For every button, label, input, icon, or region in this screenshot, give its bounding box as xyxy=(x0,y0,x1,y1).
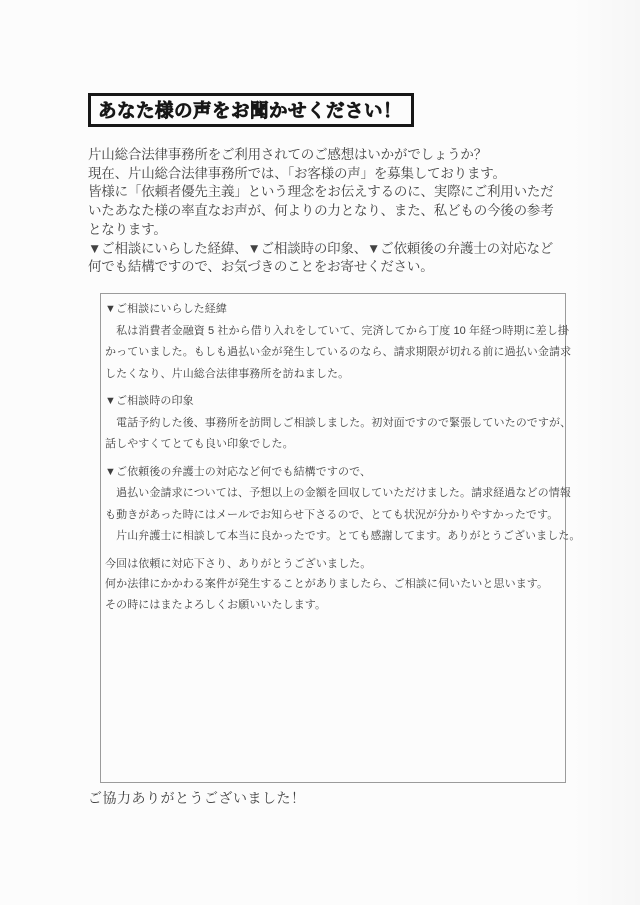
text-line: 話しやすくてとても良い印象でした。 xyxy=(105,434,561,456)
text-line: 私は消費者金融資 5 社から借り入れをしていて、完済してから丁度 10 年経つ時… xyxy=(105,321,561,343)
section-thanks: 今回は依頼に対応下さり、ありがとうございました。何か法律にかかわる案件が発生する… xyxy=(105,554,561,616)
text-line: ▼ご相談にいらした経緯、▼ご相談時の印象、▼ご依頼後の弁護士の対応など xyxy=(88,240,588,259)
feedback-box: ▼ご相談にいらした経緯 私は消費者金融資 5 社から借り入れをしていて、完済して… xyxy=(100,293,566,783)
section-consultation-impression: ▼ご相談時の印象 電話予約した後、事務所を訪問しご相談しました。初対面ですので緊… xyxy=(105,391,561,456)
section-body: 私は消費者金融資 5 社から借り入れをしていて、完済してから丁度 10 年経つ時… xyxy=(105,321,561,386)
text-line: かっていました。もしも過払い金が発生しているのなら、請求期限が切れる前に過払い金… xyxy=(105,342,561,364)
text-line: 電話予約した後、事務所を訪問しご相談しました。初対面ですので緊張していたのですが… xyxy=(105,413,561,435)
text-line: となります。 xyxy=(88,221,588,240)
section-lawyer-response: ▼ご依頼後の弁護士の対応など何でも結構ですので、 過払い金請求については、予想以… xyxy=(105,462,561,548)
section-body: 過払い金請求については、予想以上の金額を回収していただけました。請求経過などの情… xyxy=(105,483,561,548)
text-line: も動きがあった時にはメールでお知らせ下さるので、とても状況が分かりやすかったです… xyxy=(105,505,561,527)
section-consultation-background: ▼ご相談にいらした経緯 私は消費者金融資 5 社から借り入れをしていて、完済して… xyxy=(105,299,561,385)
text-line: 過払い金請求については、予想以上の金額を回収していただけました。請求経過などの情… xyxy=(105,483,561,505)
section-heading: ▼ご相談時の印象 xyxy=(105,391,561,413)
closing-note: ご協力ありがとうございました！ xyxy=(88,788,306,808)
text-line: いたあなた様の率直なお声が、何よりの力となり、また、私どもの今後の参考 xyxy=(88,202,588,221)
section-body: 今回は依頼に対応下さり、ありがとうございました。何か法律にかかわる案件が発生する… xyxy=(105,554,561,616)
section-heading: ▼ご依頼後の弁護士の対応など何でも結構ですので、 xyxy=(105,462,561,484)
text-line: 片山弁護士に相談して本当に良かったです。とても感謝してます。ありがとうございまし… xyxy=(105,526,561,548)
text-line: その時にはまたよろしくお願いいたします。 xyxy=(105,595,561,616)
section-heading: ▼ご相談にいらした経緯 xyxy=(105,299,561,321)
text-line: 今回は依頼に対応下さり、ありがとうございました。 xyxy=(105,554,561,575)
text-line: したくなり、片山総合法律事務所を訪ねました。 xyxy=(105,364,561,386)
title-banner: あなた様の声をお聞かせください！ xyxy=(88,93,414,127)
text-line: 現在、片山総合法律事務所では、「お客様の声」を募集しております。 xyxy=(88,165,588,184)
section-body: 電話予約した後、事務所を訪問しご相談しました。初対面ですので緊張していたのですが… xyxy=(105,413,561,456)
page-title: あなた様の声をお聞かせください！ xyxy=(98,97,402,123)
text-line: 皆様に「依頼者優先主義」という理念をお伝えするのに、実際にご利用いただ xyxy=(88,183,588,202)
text-line: 何か法律にかかわる案件が発生することがありましたら、ご相談に伺いたいと思います。 xyxy=(105,574,561,595)
text-line: 片山総合法律事務所をご利用されてのご感想はいかがでしょうか？ xyxy=(88,146,588,165)
intro-paragraph: 片山総合法律事務所をご利用されてのご感想はいかがでしょうか？現在、片山総合法律事… xyxy=(88,146,588,277)
scanned-feedback-document: あなた様の声をお聞かせください！ 片山総合法律事務所をご利用されてのご感想はいか… xyxy=(0,0,640,905)
text-line: 何でも結構ですので、お気づきのことをお寄せください。 xyxy=(88,258,588,277)
